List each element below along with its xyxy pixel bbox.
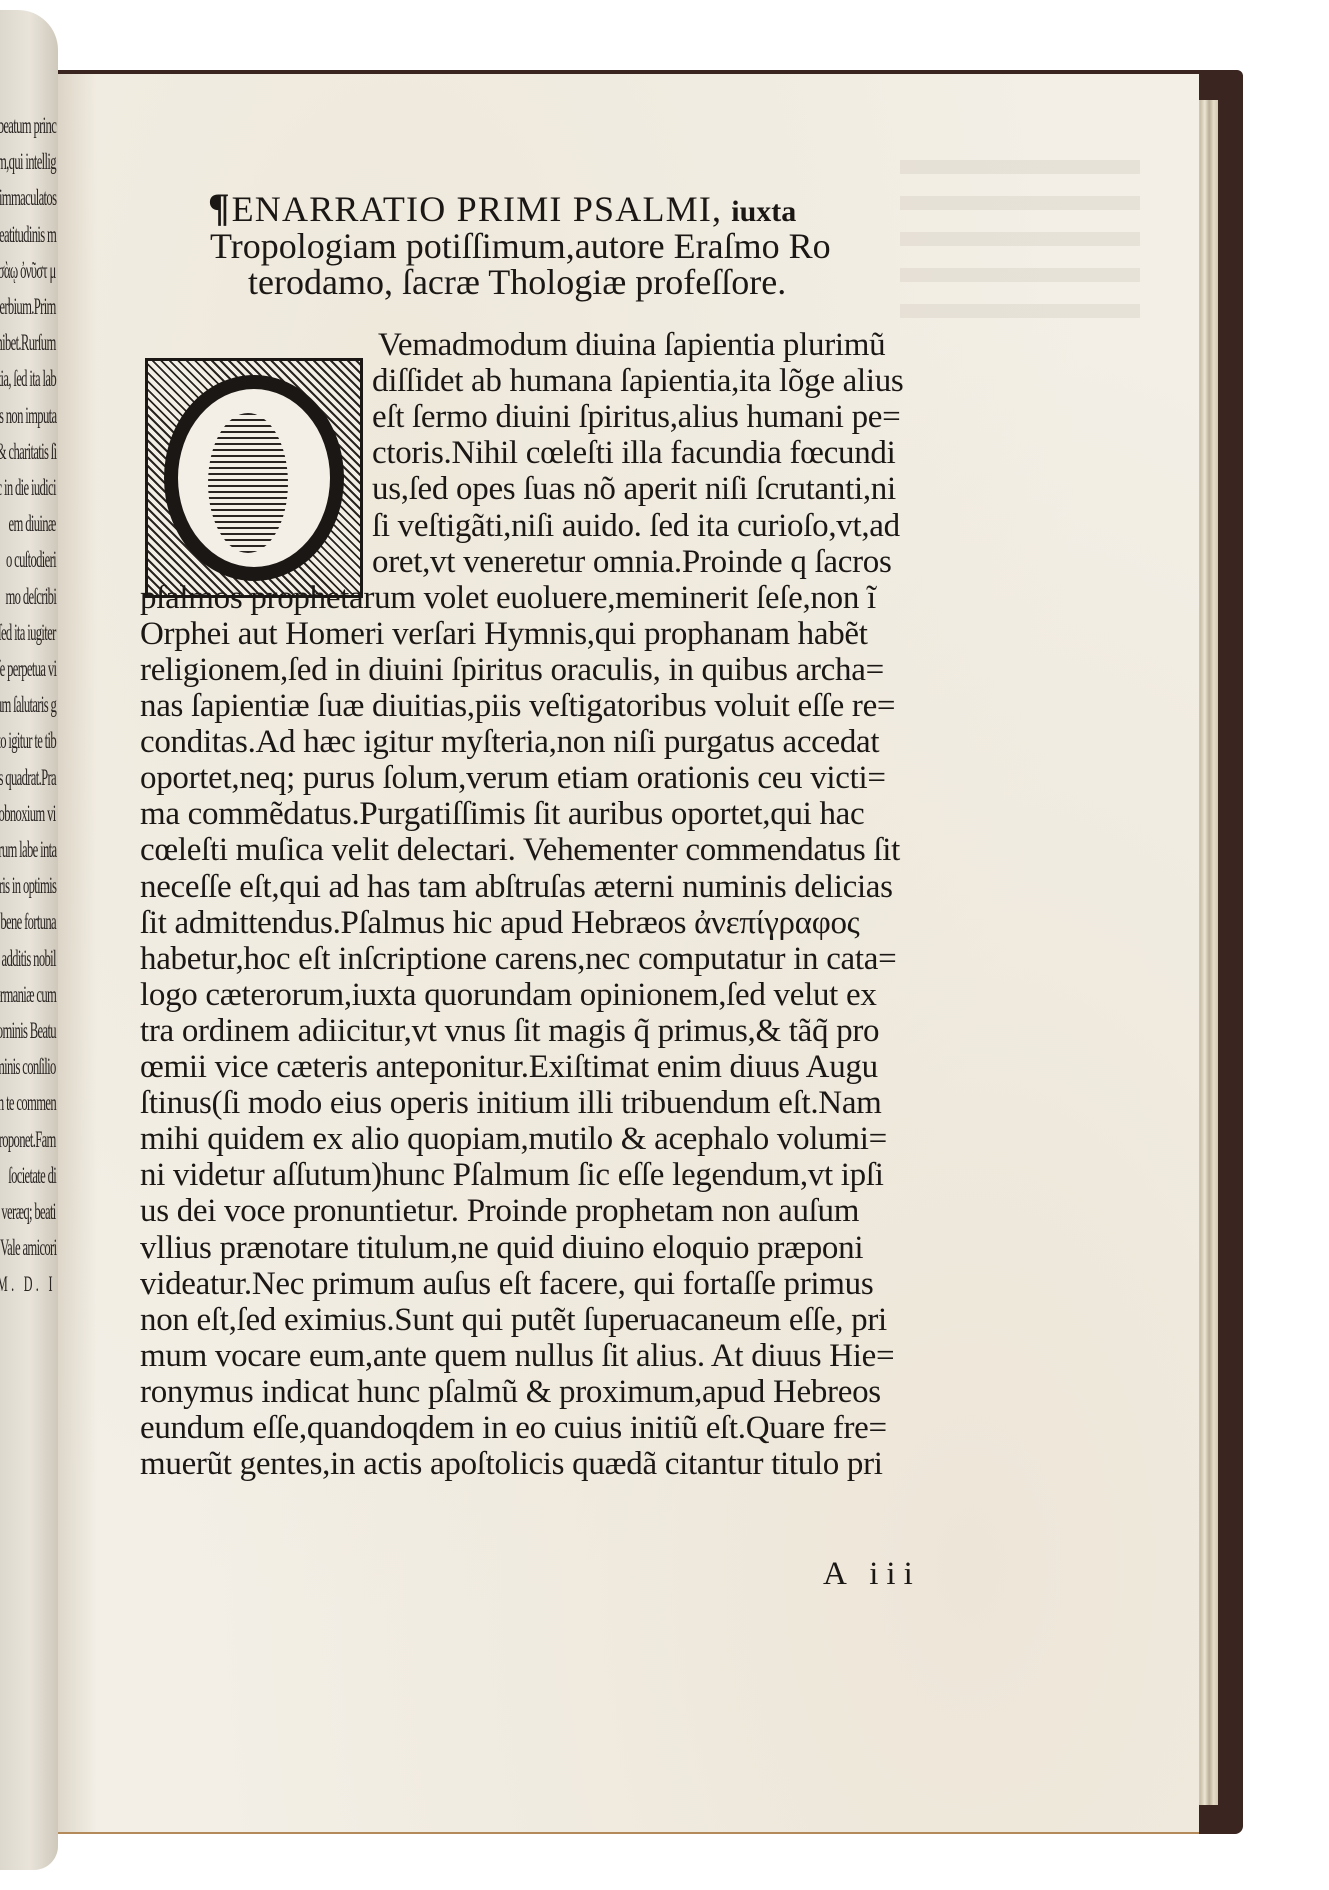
woodcut-initial-q: Q bbox=[145, 358, 363, 598]
body-line: Vemadmodum diuina ſapientia plurimũ bbox=[378, 327, 885, 363]
verso-line: & charitatis ſi bbox=[0, 439, 56, 465]
body-line: neceſſe eſt,qui ad has tam abſtruſas æte… bbox=[140, 869, 893, 905]
heading-line-2: Tropologiam potiſſimum,autore Eraſmo Ro bbox=[210, 228, 831, 264]
body-line: ronymus indicat hunc pſalmũ & proximum,a… bbox=[140, 1374, 881, 1410]
verso-page: o beatum princrum,qui intelligimmaculato… bbox=[0, 10, 58, 1870]
verso-line: ſocietate di bbox=[8, 1163, 56, 1189]
verso-line: veræq; beati bbox=[2, 1199, 56, 1225]
heading-title-caps: ENARRATIO PRIMI PSALMI, bbox=[232, 189, 723, 229]
verso-line: c in die iudici bbox=[0, 475, 56, 501]
body-line: ctoris.Nihil cœleſti illa facundia fœcun… bbox=[372, 435, 896, 471]
verso-line: mo deſcribi bbox=[5, 584, 56, 610]
heading-title-tail: iuxta bbox=[731, 195, 796, 228]
verso-line: o beatum princ bbox=[0, 113, 56, 139]
body-line: eundum eſſe,quandoqdem in eo cuius initi… bbox=[140, 1410, 887, 1446]
verso-line: egnis additis nobil bbox=[0, 946, 56, 972]
verso-line: nt hominis Beatu bbox=[0, 1018, 56, 1044]
body-line: videatur.Nec primum auſus eſt facere, qu… bbox=[140, 1266, 873, 1302]
signature-mark: A iii bbox=[823, 1556, 921, 1593]
body-line: us dei voce pronuntietur. Proinde prophe… bbox=[140, 1193, 859, 1229]
verso-line: em diuinæ bbox=[9, 511, 56, 537]
body-line: ma commẽdatus.Purgatiſſimis ſit auribus … bbox=[140, 796, 864, 832]
gutter-shadow bbox=[57, 74, 97, 1832]
verso-line: m te commen bbox=[0, 1090, 56, 1116]
body-line: habetur,hoc eſt inſcriptione carens,nec … bbox=[140, 941, 896, 977]
body-line: eſt ſermo diuini ſpiritus,alius humani p… bbox=[372, 399, 900, 435]
verso-line: tu toti Germaniæ cum bbox=[0, 982, 56, 1008]
verso-line: uerbium.Prim bbox=[0, 294, 56, 320]
body-line: cœleſti muſica velit delectari. Vehement… bbox=[140, 832, 900, 868]
verso-line: roponet.Fam bbox=[0, 1127, 56, 1153]
body-line: Orphei aut Homeri verſari Hymnis,qui pro… bbox=[140, 616, 868, 652]
verso-line: immaculatos bbox=[0, 185, 56, 211]
body-line: non eſt,ſed eximius.Sunt qui putẽt ſuper… bbox=[140, 1302, 887, 1338]
verso-line: erſaris in optimis bbox=[0, 873, 56, 899]
body-line: logo cæterorum,iuxta quorundam opinionem… bbox=[140, 977, 877, 1013]
heading-line-1: ¶ENARRATIO PRIMI PSALMI, iuxta bbox=[208, 190, 796, 230]
body-line: ſit admittendus.Pſalmus hic apud Hebræos… bbox=[140, 905, 859, 941]
body-line: diſſidet ab humana ſapientia,ita lõge al… bbox=[372, 363, 903, 399]
body-line: vllius prænotare titulum,ne quid diuino … bbox=[140, 1230, 863, 1266]
verso-line: tus bene fortuna bbox=[0, 909, 56, 935]
body-line: us,ſed opes ſuas nõ aperit niſi ſcrutant… bbox=[372, 471, 896, 507]
body-line: muerũt gentes,in actis apoſtolicis quædã… bbox=[140, 1446, 883, 1482]
verso-line: uminis conſilio bbox=[0, 1054, 56, 1080]
body-line: ni videtur aſſutum)hunc Pſalmum ſic eſſe… bbox=[140, 1157, 884, 1193]
verso-line: agis quadrat.Pra bbox=[0, 765, 56, 791]
verso-line: tiorum labe inta bbox=[0, 837, 56, 863]
ink-show-through bbox=[900, 160, 1140, 340]
body-line: tra ordinem adiicitur,vt vnus ſit magis … bbox=[140, 1013, 879, 1049]
verso-line: ἐσὰῳ ὀνῦστ μ bbox=[0, 258, 56, 284]
body-line: ſi veſtigãti,niſi auido. ſed ita curioſo… bbox=[372, 508, 900, 544]
verso-line: llis obnoxium vi bbox=[0, 801, 56, 827]
verso-line: beatitudinis m bbox=[0, 222, 56, 248]
verso-line: rum,qui intellig bbox=[0, 149, 56, 175]
verso-line: ſed ita iugiter bbox=[0, 620, 56, 646]
body-line: mum vocare eum,ante quem nullus ſit aliu… bbox=[140, 1338, 894, 1374]
woodcut-figure-icon bbox=[208, 413, 288, 553]
heading-line-3: terodamo, ſacræ Thologiæ profeſſore. bbox=[248, 264, 786, 300]
verso-line: hibet.Rurſum bbox=[0, 330, 56, 356]
verso-line: s non imputa bbox=[0, 403, 56, 429]
pilcrow-mark: ¶ bbox=[208, 190, 230, 226]
body-line: nas ſapientiæ ſuæ diuitias,piis veſtigat… bbox=[140, 688, 895, 724]
body-line: pſalmos prophetarum volet euoluere,memin… bbox=[140, 580, 876, 616]
body-line: mihi quidem ex alio quopiam,mutilo & ace… bbox=[140, 1121, 887, 1157]
body-line: ſtinus(ſi modo eius operis initium illi … bbox=[140, 1085, 882, 1121]
verso-line: rum ſalutaris g bbox=[0, 692, 56, 718]
body-line: religionem,ſed in diuini ſpiritus oracul… bbox=[140, 652, 884, 688]
woodcut-initial-ring bbox=[164, 375, 344, 581]
page-fore-edge bbox=[1196, 100, 1218, 1805]
body-line: oret,vt veneretur omnia.Proinde q ſacros bbox=[372, 544, 892, 580]
verso-line: Vale amicori bbox=[0, 1235, 56, 1261]
body-line: œmii vice cæteris anteponitur.Exiſtimat … bbox=[140, 1049, 878, 1085]
verso-line: M. D. I bbox=[0, 1271, 56, 1297]
body-line: conditas.Ad hæc igitur myſteria,non niſi… bbox=[140, 724, 879, 760]
verso-line: ſe perpetua vi bbox=[0, 656, 56, 682]
verso-line: itto igitur te tib bbox=[0, 728, 56, 754]
verso-line: o cuſtodieri bbox=[6, 547, 56, 573]
body-line: oportet,neq; purus ſolum,verum etiam ora… bbox=[140, 760, 886, 796]
verso-line: tia, ſed ita lab bbox=[0, 366, 56, 392]
